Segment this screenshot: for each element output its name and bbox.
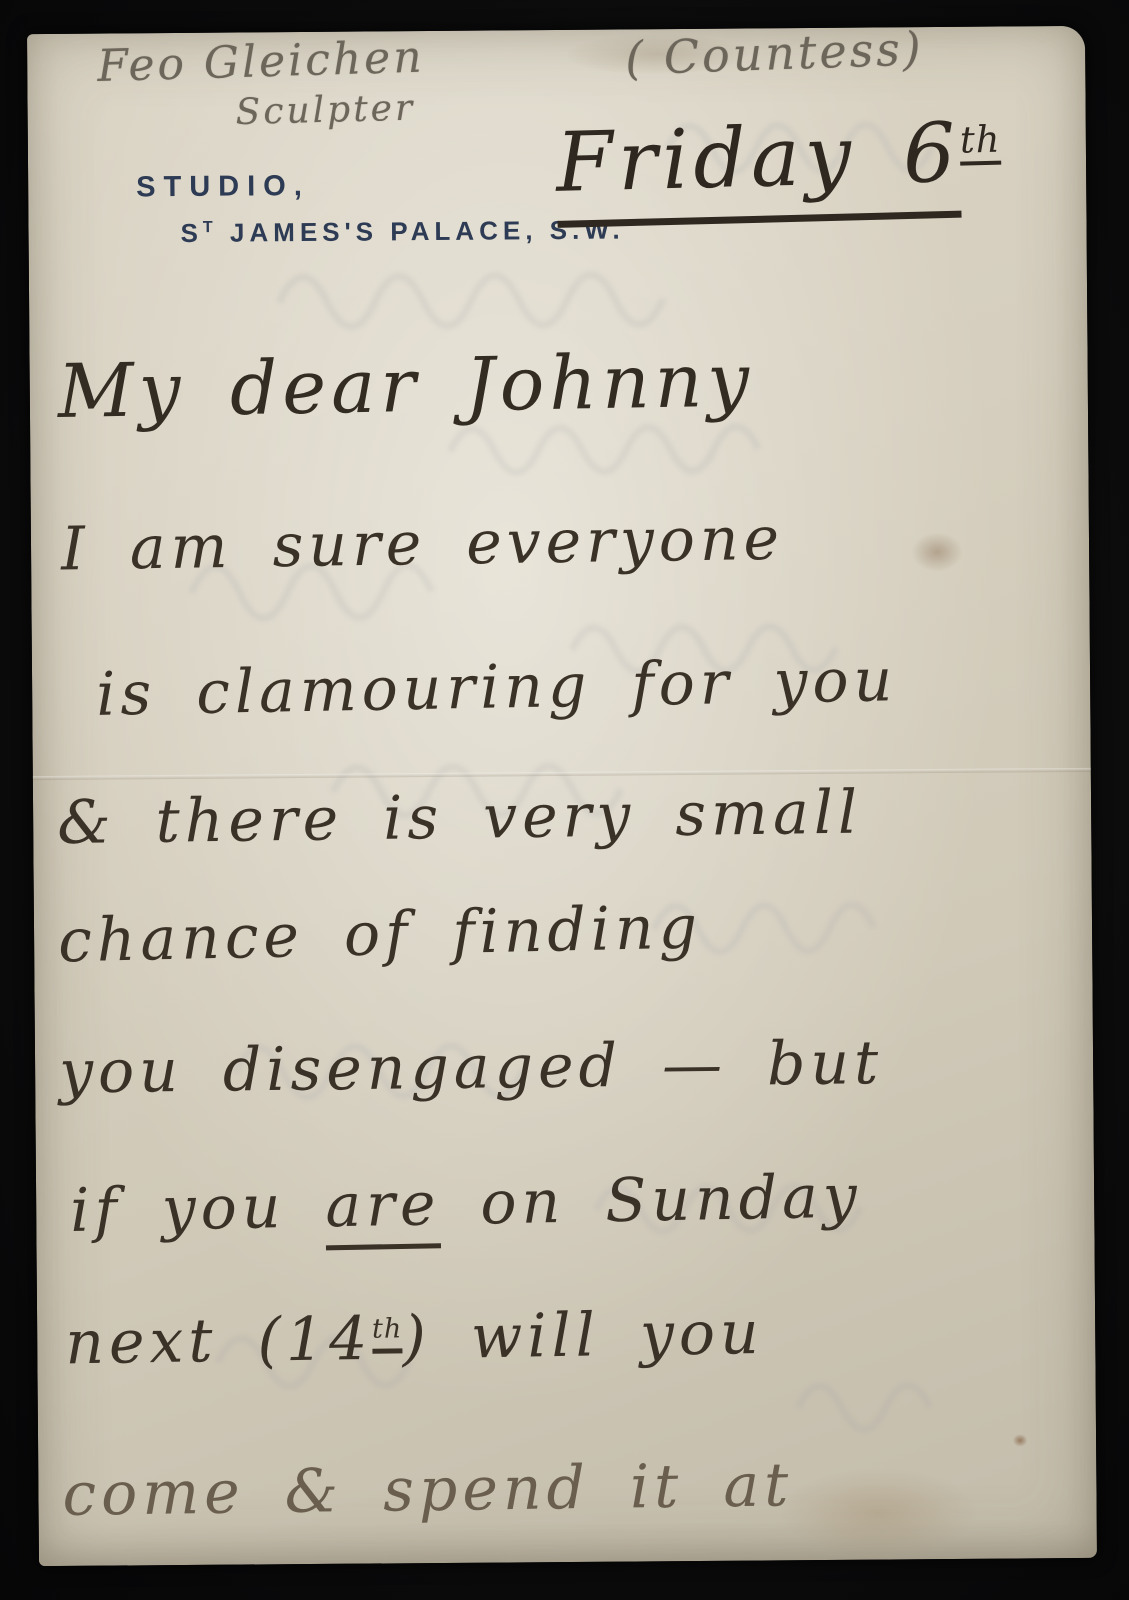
salutation: My dear Johnny: [57, 337, 755, 435]
body-line: come & spend it at: [62, 1450, 794, 1530]
letterhead-studio: STUDIO,: [136, 167, 624, 204]
body-line-ordinal: th: [372, 1313, 403, 1353]
letterhead: STUDIO, ST JAMES'S PALACE, S.W.: [136, 167, 625, 249]
letterhead-address-initial: S: [180, 218, 203, 248]
letter-date-ordinal: th: [959, 117, 1001, 165]
letterhead-address-superscript: T: [203, 218, 218, 236]
body-line: chance of finding: [57, 892, 702, 976]
paper-stain: [778, 1467, 979, 1559]
body-line: if you are on Sunday: [70, 1162, 863, 1246]
pencil-annotation-role: Sculpter: [235, 88, 416, 134]
ink-stain: [911, 532, 963, 572]
letter-date: Friday 6th: [555, 105, 1002, 211]
body-line-segment: next (14: [65, 1304, 373, 1379]
body-line: next (14th) will you: [65, 1298, 764, 1378]
pencil-annotation-countess: ( Countess): [624, 21, 924, 85]
body-line: is clamouring for you: [96, 645, 898, 730]
body-line-segment: ) will you: [402, 1298, 764, 1373]
body-line: you disengaged — but: [59, 1028, 884, 1107]
letter-date-day: Friday 6: [555, 106, 962, 228]
letter-page: Feo Gleichen Sculpter ( Countess) STUDIO…: [27, 26, 1097, 1566]
pencil-annotation-author: Feo Gleichen: [97, 32, 426, 92]
body-line: I am sure everyone: [61, 504, 785, 585]
body-line-segment: on Sunday: [440, 1162, 863, 1240]
fold-crease: [33, 768, 1091, 780]
body-line-segment: if you: [70, 1171, 326, 1246]
photograph-of-letter: { "page": { "background_color": "#0a0a0b…: [0, 0, 1129, 1600]
body-line: & there is very small: [57, 778, 863, 859]
paper-spot: [1013, 1434, 1027, 1446]
body-line-underlined-word: are: [325, 1169, 441, 1250]
